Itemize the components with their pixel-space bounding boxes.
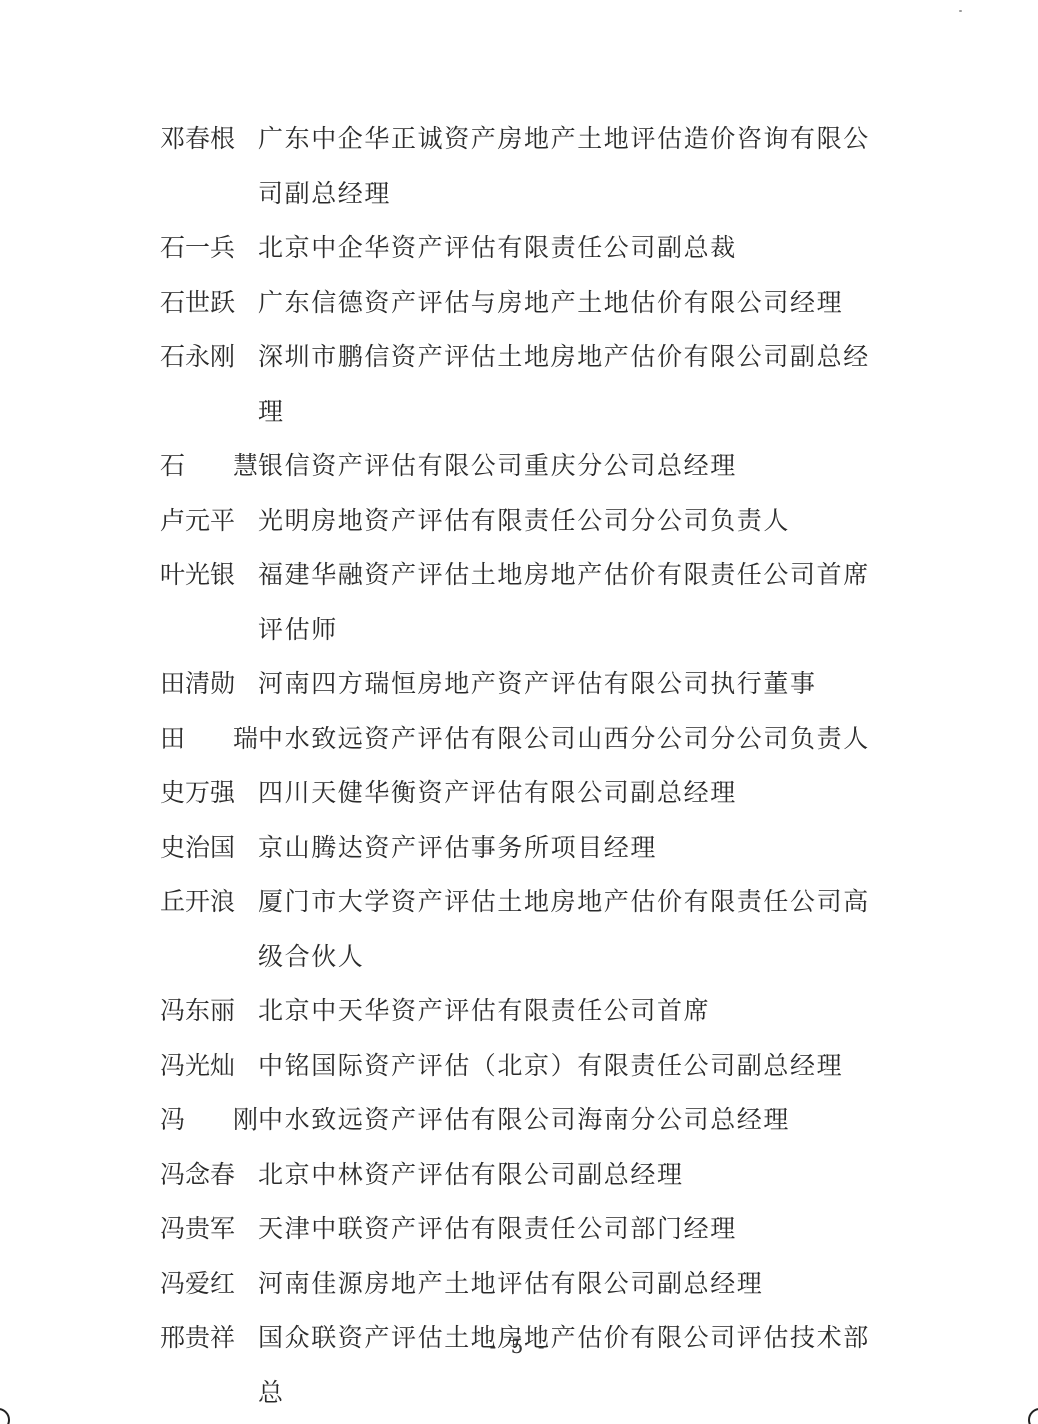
list-item: 石永刚 深圳市鹏信资产评估土地房地产估价有限公司副总经理 <box>160 330 900 439</box>
person-name: 冯光灿 <box>160 1039 258 1094</box>
person-name: 邓春根 <box>160 112 258 167</box>
person-affiliation: 厦门市大学资产评估土地房地产估价有限责任公司高级合伙人 <box>258 875 890 984</box>
person-affiliation: 京山腾达资产评估事务所项目经理 <box>258 821 890 876</box>
person-name: 石一兵 <box>160 221 258 276</box>
person-affiliation: 中水致远资产评估有限公司海南分公司总经理 <box>258 1093 890 1148</box>
person-affiliation: 中水致远资产评估有限公司山西分公司分公司负责人 <box>258 712 890 767</box>
list-item: 冯念春 北京中林资产评估有限公司副总经理 <box>160 1148 900 1203</box>
person-affiliation: 光明房地资产评估有限责任公司分公司负责人 <box>258 494 890 549</box>
list-item: 石 慧 银信资产评估有限公司重庆分公司总经理 <box>160 439 900 494</box>
person-affiliation: 北京中企华资产评估有限责任公司副总裁 <box>258 221 890 276</box>
person-affiliation: 深圳市鹏信资产评估土地房地产估价有限公司副总经理 <box>258 330 890 439</box>
person-affiliation: 四川天健华衡资产评估有限公司副总经理 <box>258 766 890 821</box>
person-name: 卢元平 <box>160 494 258 549</box>
person-name: 石永刚 <box>160 330 258 385</box>
person-affiliation: 北京中林资产评估有限公司副总经理 <box>258 1148 890 1203</box>
list-item: 冯爱红 河南佳源房地产土地评估有限公司副总经理 <box>160 1257 900 1312</box>
page-corner-mark <box>1028 1408 1038 1424</box>
person-affiliation: 中铭国际资产评估（北京）有限责任公司副总经理 <box>258 1039 890 1094</box>
person-affiliation: 广东中企华正诚资产房地产土地评估造价咨询有限公司副总经理 <box>258 112 890 221</box>
list-item: 史治国 京山腾达资产评估事务所项目经理 <box>160 821 900 876</box>
list-item: 卢元平 光明房地资产评估有限责任公司分公司负责人 <box>160 494 900 549</box>
person-affiliation: 福建华融资产评估土地房地产估价有限责任公司首席评估师 <box>258 548 890 657</box>
person-affiliation: 国众联资产评估土地房地产估价有限公司评估技术部总 <box>258 1311 890 1420</box>
list-item: 叶光银 福建华融资产评估土地房地产估价有限责任公司首席评估师 <box>160 548 900 657</box>
list-item: 邓春根 广东中企华正诚资产房地产土地评估造价咨询有限公司副总经理 <box>160 112 900 221</box>
person-name: 冯念春 <box>160 1148 258 1203</box>
list-item: 田 瑞 中水致远资产评估有限公司山西分公司分公司负责人 <box>160 712 900 767</box>
person-name: 石世跃 <box>160 276 258 331</box>
scan-speck <box>959 10 962 12</box>
page-corner-mark <box>0 1408 10 1424</box>
list-item: 石一兵 北京中企华资产评估有限责任公司副总裁 <box>160 221 900 276</box>
person-affiliation: 广东信德资产评估与房地产土地估价有限公司经理 <box>258 276 890 331</box>
list-item: 史万强 四川天健华衡资产评估有限公司副总经理 <box>160 766 900 821</box>
person-affiliation: 银信资产评估有限公司重庆分公司总经理 <box>258 439 890 494</box>
person-name: 叶光银 <box>160 548 258 603</box>
person-name: 冯东丽 <box>160 984 258 1039</box>
person-name: 田清勋 <box>160 657 258 712</box>
person-name: 史万强 <box>160 766 258 821</box>
person-name: 丘开浪 <box>160 875 258 930</box>
person-affiliation: 河南四方瑞恒房地产资产评估有限公司执行董事 <box>258 657 890 712</box>
name-char: 刚 <box>233 1093 258 1148</box>
person-name: 石 慧 <box>160 439 258 494</box>
person-name: 冯爱红 <box>160 1257 258 1312</box>
page-number: - 5 - <box>0 1334 1038 1358</box>
list-item: 冯贵军 天津中联资产评估有限责任公司部门经理 <box>160 1202 900 1257</box>
name-char: 慧 <box>233 439 258 494</box>
name-char: 瑞 <box>233 712 258 767</box>
person-affiliation: 北京中天华资产评估有限责任公司首席 <box>258 984 890 1039</box>
list-item: 冯东丽 北京中天华资产评估有限责任公司首席 <box>160 984 900 1039</box>
person-affiliation: 河南佳源房地产土地评估有限公司副总经理 <box>258 1257 890 1312</box>
list-item: 田清勋 河南四方瑞恒房地产资产评估有限公司执行董事 <box>160 657 900 712</box>
person-affiliation: 天津中联资产评估有限责任公司部门经理 <box>258 1202 890 1257</box>
person-name: 田 瑞 <box>160 712 258 767</box>
list-item: 冯光灿 中铭国际资产评估（北京）有限责任公司副总经理 <box>160 1039 900 1094</box>
document-page: 邓春根 广东中企华正诚资产房地产土地评估造价咨询有限公司副总经理 石一兵 北京中… <box>0 0 1038 1424</box>
name-char: 石 <box>160 439 185 494</box>
member-list: 邓春根 广东中企华正诚资产房地产土地评估造价咨询有限公司副总经理 石一兵 北京中… <box>160 112 900 1420</box>
list-item: 冯 刚 中水致远资产评估有限公司海南分公司总经理 <box>160 1093 900 1148</box>
list-item: 丘开浪 厦门市大学资产评估土地房地产估价有限责任公司高级合伙人 <box>160 875 900 984</box>
person-name: 冯 刚 <box>160 1093 258 1148</box>
name-char: 冯 <box>160 1093 185 1148</box>
list-item: 邢贵祥 国众联资产评估土地房地产估价有限公司评估技术部总 <box>160 1311 900 1420</box>
person-name: 史治国 <box>160 821 258 876</box>
person-name: 冯贵军 <box>160 1202 258 1257</box>
name-char: 田 <box>160 712 185 767</box>
list-item: 石世跃 广东信德资产评估与房地产土地估价有限公司经理 <box>160 276 900 331</box>
